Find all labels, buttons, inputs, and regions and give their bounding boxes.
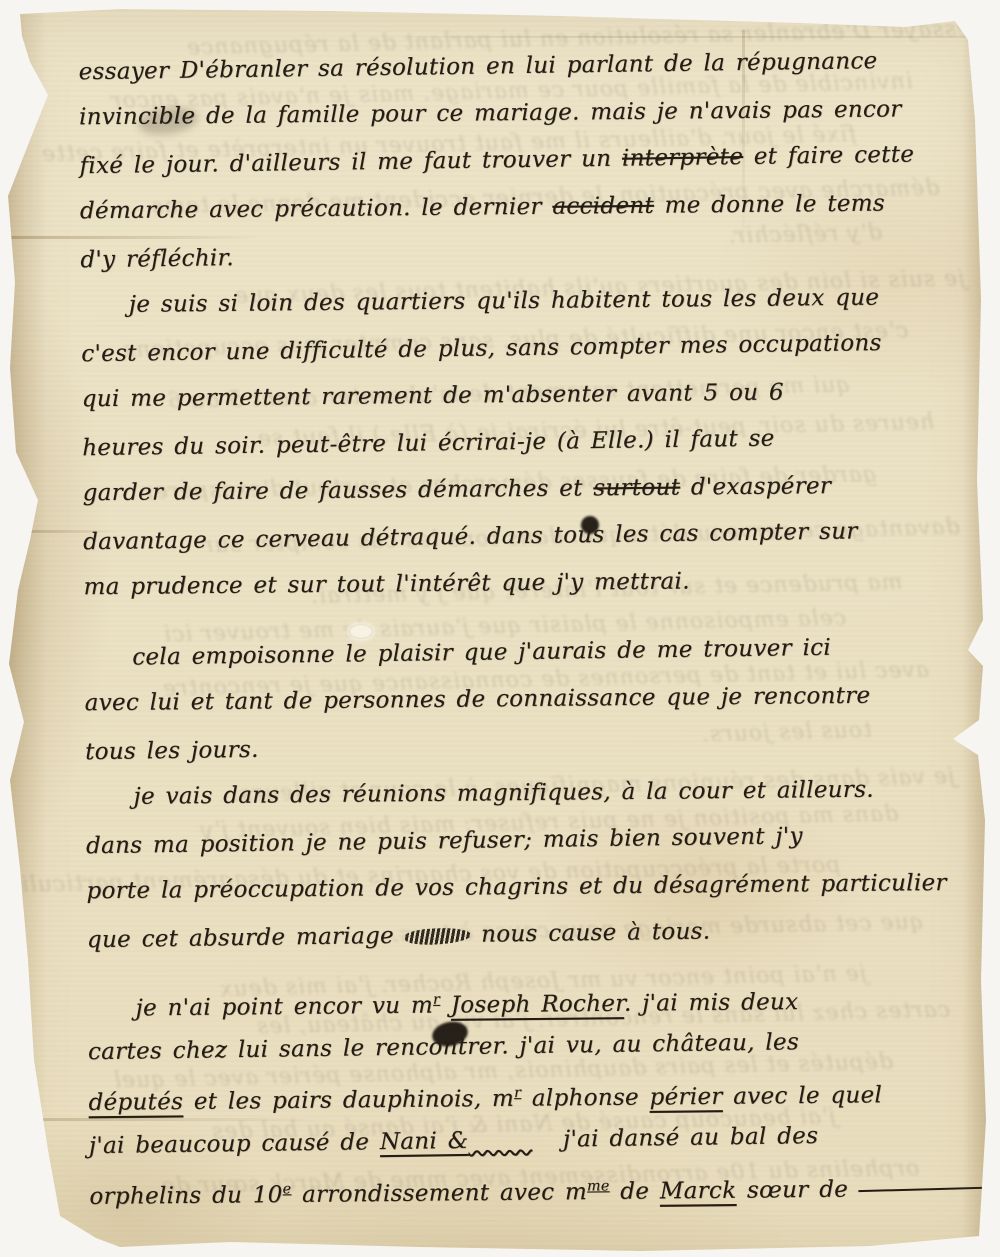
letter-text-segment: avec le quel [722, 1082, 882, 1110]
underlined-word: députés [88, 1089, 183, 1116]
letter-text-segment: heures du soir. peut-être lui écrirai-je… [82, 426, 775, 462]
underlined-word: Nani & [380, 1128, 469, 1155]
letter-text-segment: j'ai beaucoup causé de [89, 1129, 380, 1159]
letter-text-segment: garder de faire de fausses démarches et [83, 475, 594, 506]
letter-text-segment: arrondissement avec m [291, 1179, 587, 1208]
letter-text-segment: . j'ai mis deux [624, 989, 799, 1017]
letter-text-segment: davantage ce cerveau détraqué. dans tous… [83, 518, 858, 555]
underlined-word: périer [649, 1084, 722, 1111]
struck-word: surtout [593, 475, 680, 502]
letter-text-segment: de [609, 1178, 659, 1204]
letter-text-segment: r [433, 992, 440, 1008]
letter-text-segment: porte la préoccupation de vos chagrins e… [86, 870, 947, 904]
letter-text-segment: cartes chez lui sans le rencontrer. j'ai… [88, 1029, 799, 1065]
letter-text-segment: orphelins du 10 [89, 1182, 282, 1210]
pen-flourish [468, 1120, 553, 1161]
letter-text-segment: ma prudence et sur tout l'intérêt que j'… [83, 568, 689, 600]
letter-paper-sheet: essayer D'ébranler sa résolution en lui … [0, 0, 1000, 1257]
letter-text-segment: j'ai dansé au bal des [552, 1123, 818, 1153]
fold-crease [380, 36, 1000, 38]
letter-text-segment: je suis si loin des quartiers qu'ils hab… [129, 285, 880, 318]
letter-text-segment: et les pairs dauphinois, m [183, 1086, 514, 1115]
letter-text-segment: d'exaspérer [680, 473, 831, 500]
letter-text-segment: nous cause à tous. [470, 918, 710, 947]
letter-text-segment: me donne le tems [654, 191, 885, 219]
letter-text-segment: je n'ai point encor vu m [135, 993, 433, 1022]
letter-text-segment: cela empoisonne le plaisir que j'aurais … [132, 635, 831, 671]
letter-text-segment: c'est encor une difficulté de plus, sans… [81, 330, 882, 367]
letter-text-segment: démarche avec précaution. le dernier [80, 194, 553, 225]
letter-text-segment: me [587, 1178, 610, 1194]
underlined-word: Marck [660, 1178, 737, 1205]
letter-text: essayer D'ébranler sa résolution en lui … [78, 42, 977, 1218]
struck-word: interprète [622, 144, 744, 172]
scribbled-out-word [404, 926, 471, 946]
underlined-word: Joseph Rocher [451, 991, 624, 1019]
letter-text-segment: et faire cette [743, 142, 914, 170]
letter-text-segment: fixé le jour. d'ailleurs il me faut trou… [79, 146, 622, 180]
letter-text-segment: e [283, 1181, 292, 1197]
letter-text-segment: je vais dans des réunions magnifiques, à… [133, 777, 874, 810]
left-torn-edge-grime [0, 0, 46, 1257]
letter-text-segment: avec lui et tant de personnes de connais… [85, 683, 871, 717]
letter-text-segment: invincible de la famille pour ce mariage… [79, 96, 902, 130]
scanned-letter-background: essayer D'ébranler sa résolution en lui … [0, 0, 1000, 1257]
letter-text-segment: qui me permettent rarement de m'absenter… [82, 380, 784, 413]
letter-text-segment: dans ma position je ne puis refuser; mai… [86, 823, 803, 859]
letter-text-segment [440, 992, 451, 1018]
letter-text-segment: que cet absurde mariage [87, 923, 405, 953]
letter-text-segment: tous les jours. [85, 737, 259, 765]
letter-text-segment: d'y réfléchir. [80, 245, 234, 273]
letter-text-segment: essayer D'ébranler sa résolution en lui … [78, 48, 877, 85]
struck-word: accident [552, 193, 654, 220]
letter-text-segment: alphonse [521, 1085, 650, 1112]
letter-text-segment: sœur de [736, 1177, 848, 1204]
